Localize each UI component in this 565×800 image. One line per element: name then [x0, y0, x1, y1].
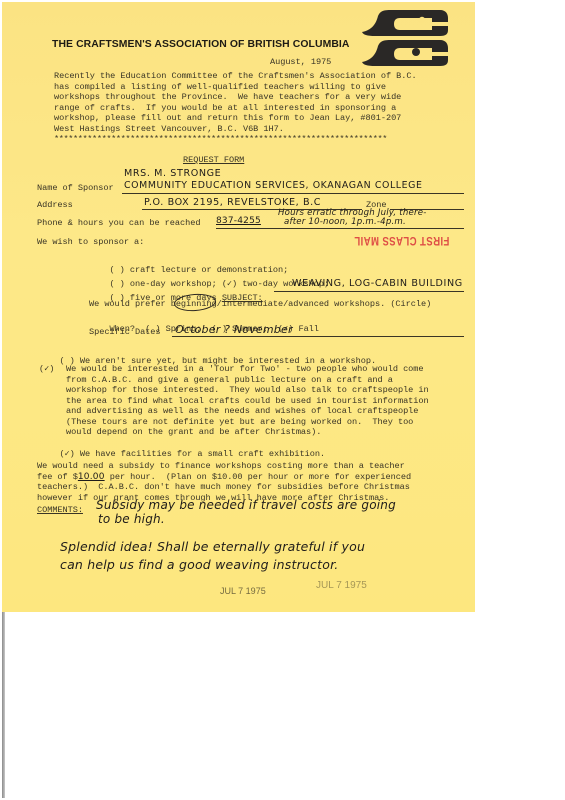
- cabc-logo-icon: [358, 6, 450, 66]
- received-stamp: JUL 7 1975: [316, 580, 367, 591]
- address-value[interactable]: P.O. BOX 2195, REVELSTOKE, B.C: [144, 197, 321, 208]
- phone-line: [216, 228, 464, 229]
- option-text: We would be interested in a 'Tour for Tw…: [66, 364, 424, 375]
- organization-title: THE CRAFTSMEN'S ASSOCIATION OF BRITISH C…: [52, 39, 350, 50]
- phone-number-value[interactable]: 837-4255: [216, 216, 261, 226]
- phone-label: Phone & hours you can be reached: [37, 218, 200, 229]
- first-class-mail-stamp: FIRST CLASS MAIL: [354, 234, 449, 248]
- intro-line: has compiled a listing of well-qualified…: [54, 82, 386, 93]
- intro-line: Recently the Education Committee of the …: [54, 71, 417, 82]
- option-text: (These tours are not definite yet but ar…: [66, 417, 413, 428]
- level-preference: We would prefer beginning/intermediate/a…: [89, 299, 431, 310]
- checkbox-exhibition[interactable]: (✓): [59, 449, 74, 459]
- comments-label: COMMENTS:: [37, 505, 83, 516]
- received-stamp-faint: JUL 7 1975: [220, 586, 266, 596]
- intro-line: West Hastings Street Vancouver, B.C. V6B…: [54, 124, 284, 135]
- option-text: would depend on the grant and be after C…: [66, 427, 321, 438]
- intro-line: workshops throughout the Province. We ha…: [54, 92, 401, 103]
- address-label: Address: [37, 200, 73, 211]
- option-text: and advertising as well as the needs and…: [66, 406, 418, 417]
- option-text: from C.A.B.C. and give a general public …: [66, 375, 393, 386]
- comments-line2[interactable]: to be high.: [98, 512, 165, 526]
- separator: ****************************************…: [54, 134, 387, 145]
- hours-value-line2[interactable]: after 10-noon, 1p.m.-4p.m.: [284, 217, 406, 227]
- handwritten-note-line1: Splendid idea! Shall be eternally gratef…: [60, 539, 365, 554]
- intro-line: range of crafts. If you would be at all …: [54, 103, 396, 114]
- form-heading: REQUEST FORM: [183, 155, 244, 166]
- sponsor-line: [122, 193, 464, 194]
- sponsor-org-value[interactable]: COMMUNITY EDUCATION SERVICES, OKANAGAN C…: [124, 180, 423, 191]
- option-text: workshop for those interested. They woul…: [66, 385, 429, 396]
- season-option-label: Fall: [298, 324, 318, 334]
- sponsor-label: Name of Sponsor: [37, 183, 114, 194]
- fee-value[interactable]: 10.00: [78, 472, 105, 482]
- subject-line: [274, 291, 464, 292]
- level-prefix: We would prefer: [89, 299, 171, 309]
- intro-line: workshop, please fill out and return thi…: [54, 113, 401, 124]
- dates-label: Specific Dates: [89, 327, 161, 338]
- sponsor-name-value[interactable]: MRS. M. STRONGE: [124, 168, 221, 179]
- option-text: the area to find what local crafts could…: [66, 396, 429, 407]
- sponsor-type-label: We wish to sponsor a:: [37, 237, 144, 248]
- option-text: We have facilities for a small craft exh…: [80, 449, 325, 459]
- subsidy-line: teachers.) C.A.B.C. don't have much mone…: [37, 482, 410, 493]
- letter-date: August, 1975: [270, 57, 331, 68]
- subsidy-line: per hour. (Plan on $10.00 per hour or mo…: [105, 472, 411, 482]
- page-edge: [2, 612, 5, 798]
- fee-prefix: fee of $: [37, 472, 78, 482]
- dates-value[interactable]: October ? November: [175, 323, 293, 336]
- comments-line1[interactable]: Subsidy may be needed if travel costs ar…: [96, 498, 396, 512]
- subsidy-line: We would need a subsidy to finance works…: [37, 461, 405, 472]
- dates-line: [172, 336, 464, 337]
- subsidy-fee-line: fee of $10.00 per hour. (Plan on $10.00 …: [37, 472, 411, 483]
- handwritten-note-line2: can help us find a good weaving instruct…: [60, 557, 338, 572]
- subject-value[interactable]: WEAVING, LOG-CABIN BUILDING: [292, 278, 463, 289]
- document-page: THE CRAFTSMEN'S ASSOCIATION OF BRITISH C…: [2, 2, 475, 612]
- checkbox-tour-for-two[interactable]: (✓): [39, 364, 54, 375]
